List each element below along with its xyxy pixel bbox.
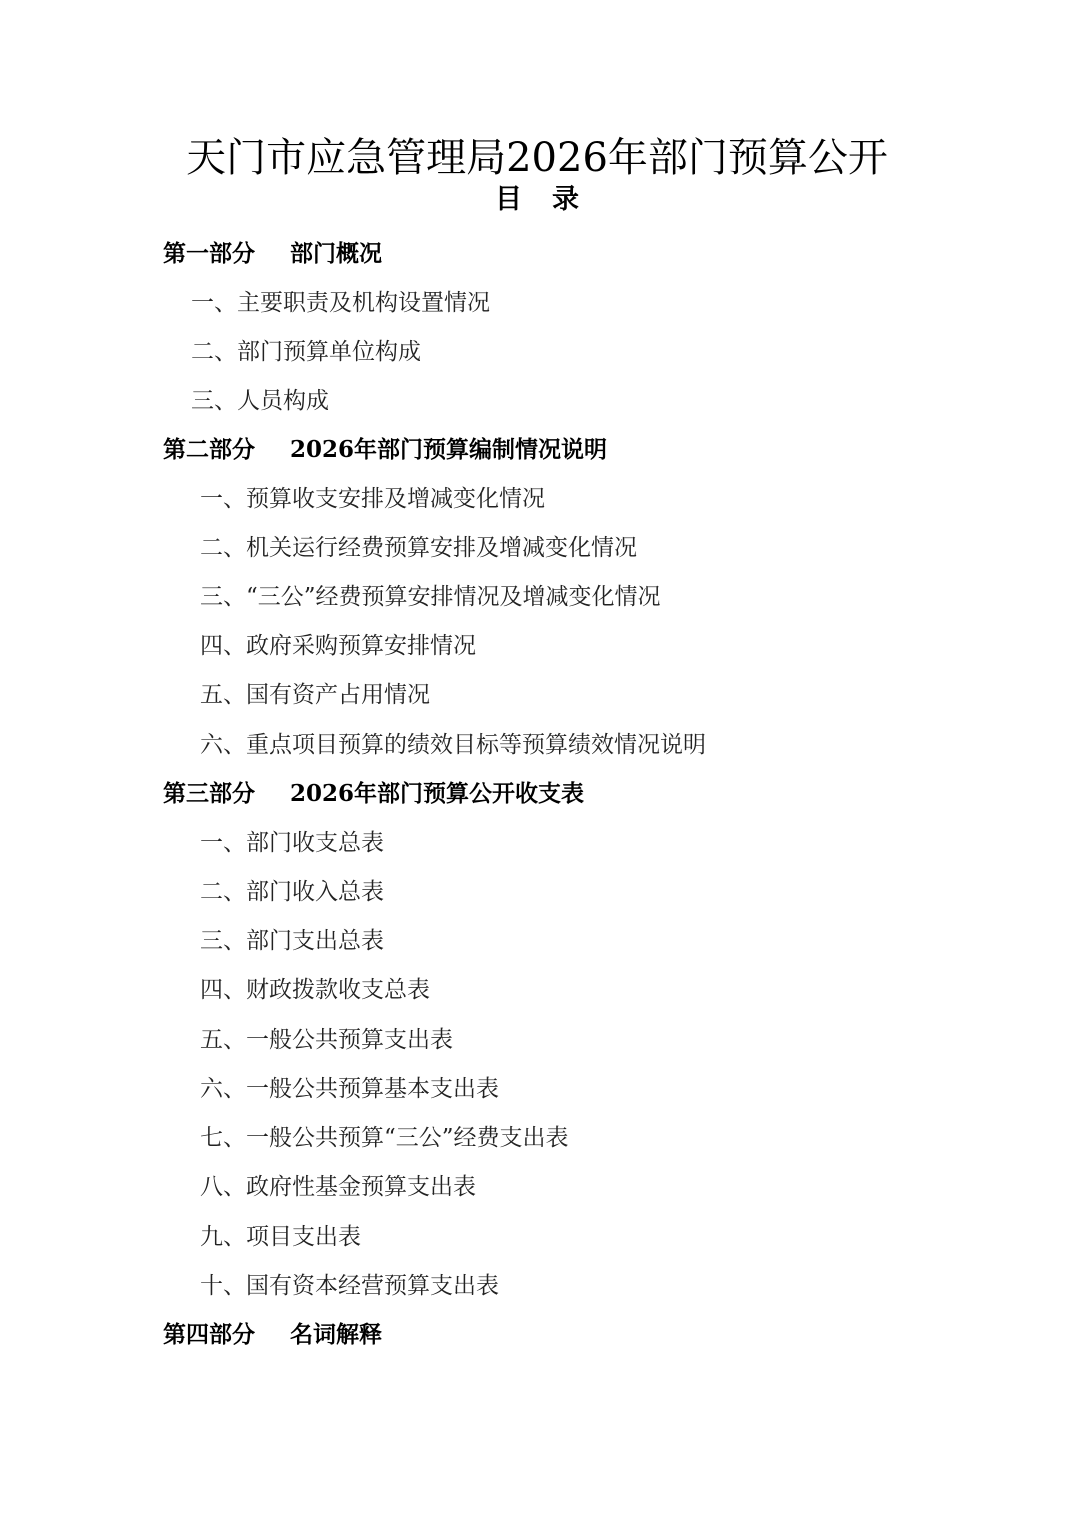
part-number: 第一部分	[163, 234, 290, 274]
document-title: 天门市应急管理局2026年部门预算公开	[0, 132, 1074, 184]
toc-item[interactable]: 六、一般公共预算基本支出表	[200, 1069, 499, 1109]
toc-heading: 目录	[0, 182, 1074, 218]
toc-item[interactable]: 六、重点项目预算的绩效目标等预算绩效情况说明	[200, 725, 706, 765]
toc-item[interactable]: 七、一般公共预算“三公”经费支出表	[200, 1118, 569, 1158]
toc-item[interactable]: 二、部门收入总表	[200, 872, 384, 912]
toc-item[interactable]: 二、机关运行经费预算安排及增减变化情况	[200, 528, 637, 568]
toc-item[interactable]: 五、一般公共预算支出表	[200, 1020, 453, 1060]
toc-item[interactable]: 一、主要职责及机构设置情况	[191, 283, 490, 323]
toc-heading-right: 录	[552, 184, 579, 215]
toc-part-4[interactable]: 第四部分名词解释	[163, 1315, 382, 1355]
toc-item[interactable]: 三、部门支出总表	[200, 921, 384, 961]
toc-item[interactable]: 一、预算收支安排及增减变化情况	[200, 479, 545, 519]
toc-item[interactable]: 四、财政拨款收支总表	[200, 970, 430, 1010]
toc-item[interactable]: 三、人员构成	[191, 381, 329, 421]
toc-heading-left: 目	[495, 184, 522, 215]
toc-item[interactable]: 九、项目支出表	[200, 1217, 361, 1257]
part-title: 名词解释	[290, 1321, 382, 1348]
part-number: 第三部分	[163, 774, 290, 814]
part-title: 2026年部门预算编制情况说明	[290, 436, 607, 463]
toc-part-3[interactable]: 第三部分2026年部门预算公开收支表	[163, 774, 584, 814]
toc-item[interactable]: 一、部门收支总表	[200, 823, 384, 863]
toc-item[interactable]: 五、国有资产占用情况	[200, 675, 430, 715]
part-title: 2026年部门预算公开收支表	[290, 780, 584, 807]
toc-item[interactable]: 十、国有资本经营预算支出表	[200, 1266, 499, 1306]
toc-item[interactable]: 三、“三公”经费预算安排情况及增减变化情况	[200, 577, 661, 617]
part-number: 第二部分	[163, 430, 290, 470]
part-title: 部门概况	[290, 240, 382, 267]
toc-part-1[interactable]: 第一部分部门概况	[163, 234, 382, 274]
toc-item[interactable]: 八、政府性基金预算支出表	[200, 1167, 476, 1207]
toc-part-2[interactable]: 第二部分2026年部门预算编制情况说明	[163, 430, 607, 470]
toc-item[interactable]: 四、政府采购预算安排情况	[200, 626, 476, 666]
part-number: 第四部分	[163, 1315, 290, 1355]
toc-item[interactable]: 二、部门预算单位构成	[191, 332, 421, 372]
